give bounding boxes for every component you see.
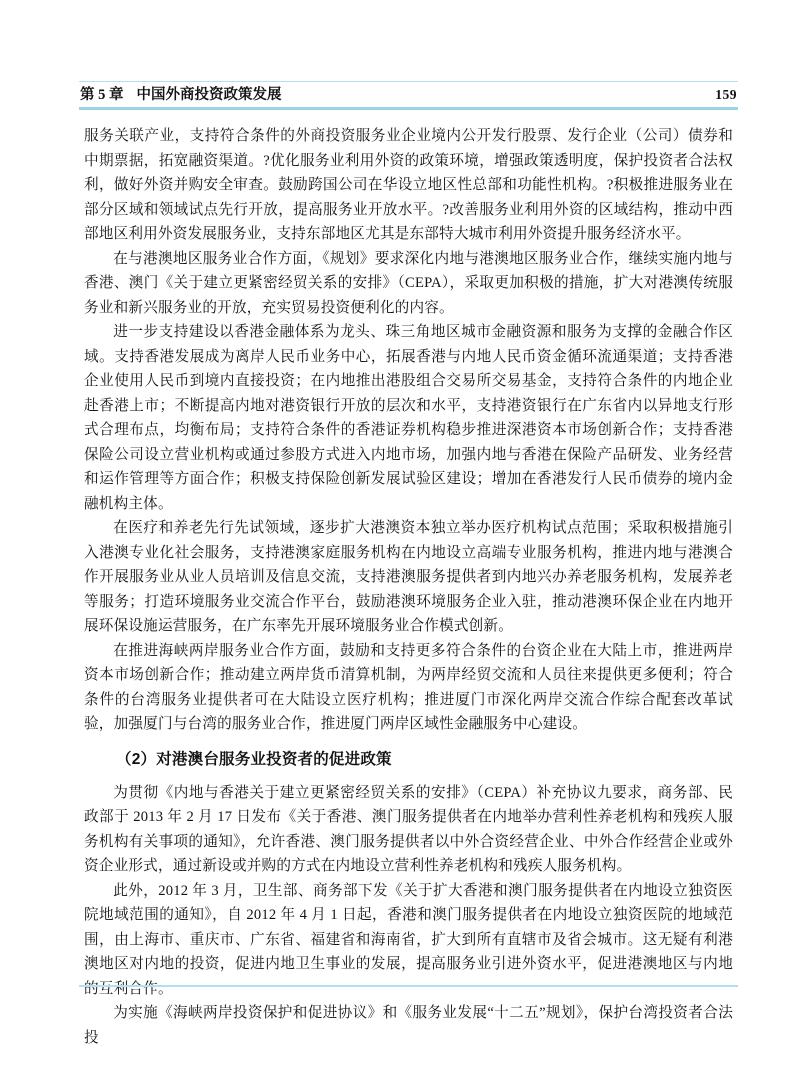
page-body: 服务关联产业，支持符合条件的外商投资服务业企业境内公开发行股票、发行企业（公司）… xyxy=(84,124,733,1050)
body-paragraph-8: 为实施《海峡两岸投资保护和促进协议》和《服务业发展“十二五”规划》，保护台湾投资… xyxy=(84,1001,733,1050)
body-paragraph-5: 在推进海峡两岸服务业合作方面，鼓励和支持更多符合条件的台资企业在大陆上市，推进两… xyxy=(84,639,733,737)
chapter-label: 第 5 章 xyxy=(80,87,124,103)
running-header: 第 5 章中国外商投资政策发展 159 xyxy=(79,81,738,110)
body-paragraph-2: 在与港澳地区服务业合作方面，《规划》要求深化内地与港澳地区服务业合作，继续实施内… xyxy=(84,247,733,321)
body-paragraph-6: 为贯彻《内地与香港关于建立更紧密经贸关系的安排》（CEPA）补充协议九要求，商务… xyxy=(84,781,733,879)
chapter-header: 第 5 章中国外商投资政策发展 xyxy=(80,87,282,104)
body-paragraph-1: 服务关联产业，支持符合条件的外商投资服务业企业境内公开发行股票、发行企业（公司）… xyxy=(84,124,733,247)
body-paragraph-3: 进一步支持建设以香港金融体系为龙头、珠三角地区城市金融资源和服务为支撑的金融合作… xyxy=(84,320,733,516)
body-paragraph-4: 在医疗和养老先行先试领域，逐步扩大港澳资本独立举办医疗机构试点范围；采取积极措施… xyxy=(84,516,733,639)
footer-rule xyxy=(79,985,738,987)
subsection-heading: （2）对港澳台服务业投资者的促进政策 xyxy=(84,748,733,771)
chapter-title: 中国外商投资政策发展 xyxy=(137,87,282,103)
page-number: 159 xyxy=(715,86,737,103)
body-paragraph-7: 此外，2012 年 3 月，卫生部、商务部下发《关于扩大香港和澳门服务提供者在内… xyxy=(84,879,733,1002)
document-page: 第 5 章中国外商投资政策发展 159 服务关联产业，支持符合条件的外商投资服务… xyxy=(0,0,793,1077)
